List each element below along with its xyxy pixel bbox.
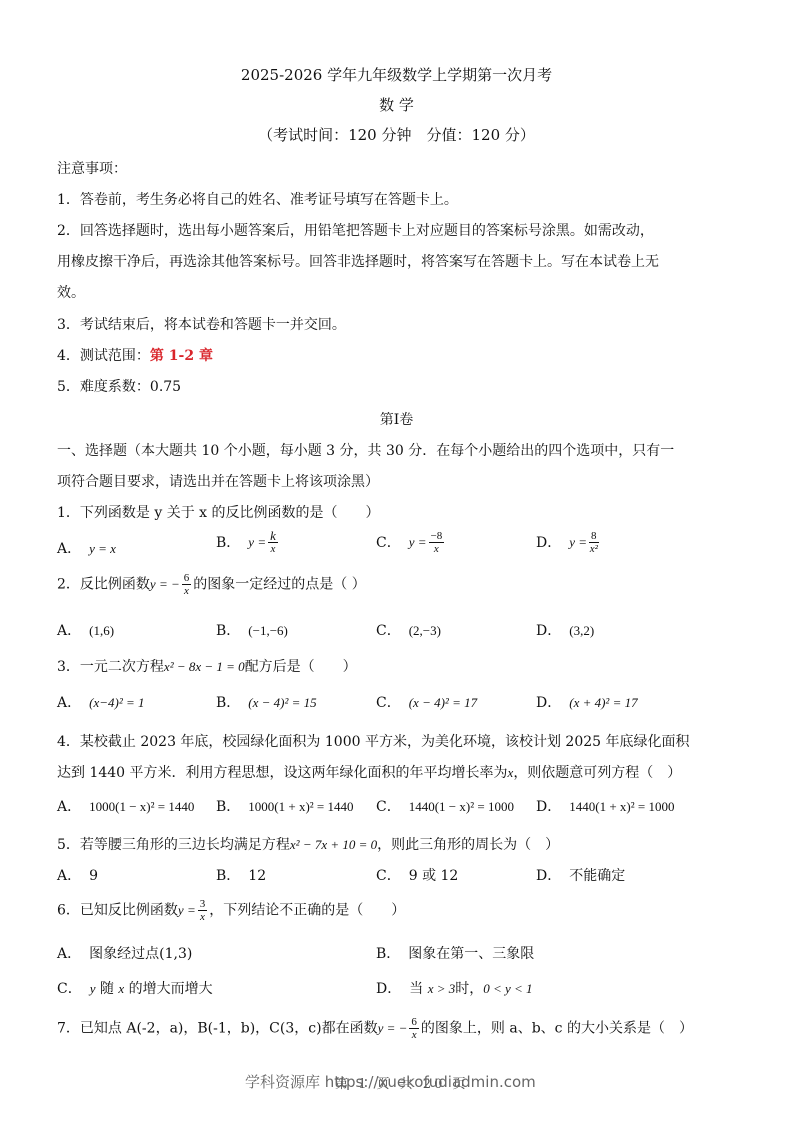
q1-option-c: C．y =−8x bbox=[376, 530, 446, 555]
q6-fraction: 3x bbox=[198, 898, 208, 923]
scope-value: 第 1-2 章 bbox=[150, 348, 213, 364]
question-4-stem-line1: 4．某校截止 2023 年底，校园绿化面积为 1000 平方米，为美化环境，该校… bbox=[57, 731, 690, 751]
q4-option-a: A．1000(1 − x)² = 1440 bbox=[57, 796, 194, 816]
exam-title: 2025-2026 学年九年级数学上学期第一次月考 bbox=[0, 64, 793, 85]
q1-option-a: A．y = x bbox=[57, 538, 116, 558]
q2-option-d: D．(3,2) bbox=[536, 620, 594, 640]
note-item-5: 5．难度系数：0.75 bbox=[57, 376, 181, 396]
q2-fraction: 6x bbox=[182, 572, 192, 597]
q3-option-d: D．(x + 4)² = 17 bbox=[536, 692, 638, 712]
question-2-stem: 2．反比例函数y = −6x的图象一定经过的点是（ ） bbox=[57, 572, 366, 597]
q3-option-c: C．(x − 4)² = 17 bbox=[376, 692, 477, 712]
q1-option-c-fraction: −8x bbox=[429, 530, 445, 555]
question-7-stem: 7．已知点 A(-2，a)，B(-1，b)，C(3，c)都在函数y = −6x的… bbox=[57, 1016, 693, 1041]
watermark: 学科资源库 https://xuekofudiadmin.com bbox=[245, 1071, 536, 1092]
q1-option-b: B．y =kx bbox=[216, 530, 280, 555]
scope-label: 4．测试范围： bbox=[57, 348, 150, 364]
note-item-4: 4．测试范围：第 1-2 章 bbox=[57, 345, 213, 365]
exam-info: （考试时间：120 分钟 分值：120 分） bbox=[0, 124, 793, 145]
q5-option-d: D．不能确定 bbox=[536, 865, 625, 885]
q2-option-a: A．(1,6) bbox=[57, 620, 114, 640]
q1-option-d-fraction: 8x² bbox=[589, 530, 599, 555]
q6-option-d: D．当 x > 3时，0 < y < 1 bbox=[376, 978, 533, 998]
q4-option-b: B．1000(1 + x)² = 1440 bbox=[216, 796, 354, 816]
question-6-stem: 6．已知反比例函数y =3x，下列结论不正确的是（ ） bbox=[57, 898, 405, 923]
q3-option-a: A．(x−4)² = 1 bbox=[57, 692, 145, 712]
q6-option-b: B．图象在第一、三象限 bbox=[376, 943, 534, 963]
q1-option-a-math: y = x bbox=[89, 541, 116, 556]
question-4-stem-line2: 达到 1440 平方米．利用方程思想，设这两年绿化面积的年平均增长率为x，则依题… bbox=[57, 762, 681, 782]
q6-option-c: C．y 随 x 的增大而增大 bbox=[57, 978, 213, 998]
note-item-2-cont: 用橡皮擦干净后，再选涂其他答案标号。回答非选择题时，将答案写在答题卡上。写在本试… bbox=[57, 251, 659, 271]
q1-option-b-fraction: kx bbox=[268, 530, 278, 555]
question-3-stem: 3．一元二次方程x² − 8x − 1 = 0配方后是（ ） bbox=[57, 656, 357, 676]
q4-option-c: C．1440(1 − x)² = 1000 bbox=[376, 796, 514, 816]
q3-option-b: B．(x − 4)² = 15 bbox=[216, 692, 317, 712]
note-item-2-end: 效。 bbox=[57, 282, 85, 302]
q2-option-c: C．(2,−3) bbox=[376, 620, 441, 640]
q5-option-a: A．9 bbox=[57, 865, 98, 885]
question-1-stem: 1．下列函数是 y 关于 x 的反比例函数的是（ ） bbox=[57, 502, 380, 522]
note-item-1: 1．答卷前，考生务必将自己的姓名、准考证号填写在答题卡上。 bbox=[57, 189, 458, 209]
exam-page: 2025-2026 学年九年级数学上学期第一次月考 数 学 （考试时间：120 … bbox=[0, 0, 793, 1122]
q4-option-d: D．1440(1 + x)² = 1000 bbox=[536, 796, 674, 816]
q5-option-c: C．9 或 12 bbox=[376, 865, 458, 885]
subject-title: 数 学 bbox=[0, 94, 793, 115]
q2-option-b: B．(−1,−6) bbox=[216, 620, 288, 640]
q7-fraction: 6x bbox=[409, 1016, 419, 1041]
notes-heading: 注意事项： bbox=[57, 158, 127, 178]
part-title: 第Ⅰ卷 bbox=[0, 409, 793, 429]
question-5-stem: 5．若等腰三角形的三边长均满足方程x² − 7x + 10 = 0，则此三角形的… bbox=[57, 834, 559, 854]
q6-option-a: A．图象经过点(1,3) bbox=[57, 943, 192, 963]
section-heading-line2: 项符合题目要求，请选出并在答题卡上将该项涂黑） bbox=[57, 471, 379, 491]
note-item-2: 2．回答选择题时，选出每小题答案后，用铅笔把答题卡上对应题目的答案标号涂黑。如需… bbox=[57, 220, 654, 240]
section-heading-line1: 一、选择题（本大题共 10 个小题，每小题 3 分，共 30 分．在每个小题给出… bbox=[57, 440, 674, 460]
note-item-3: 3．考试结束后，将本试卷和答题卡一并交回。 bbox=[57, 314, 346, 334]
q1-option-d: D．y =8x² bbox=[536, 530, 601, 555]
q5-option-b: B．12 bbox=[216, 865, 266, 885]
